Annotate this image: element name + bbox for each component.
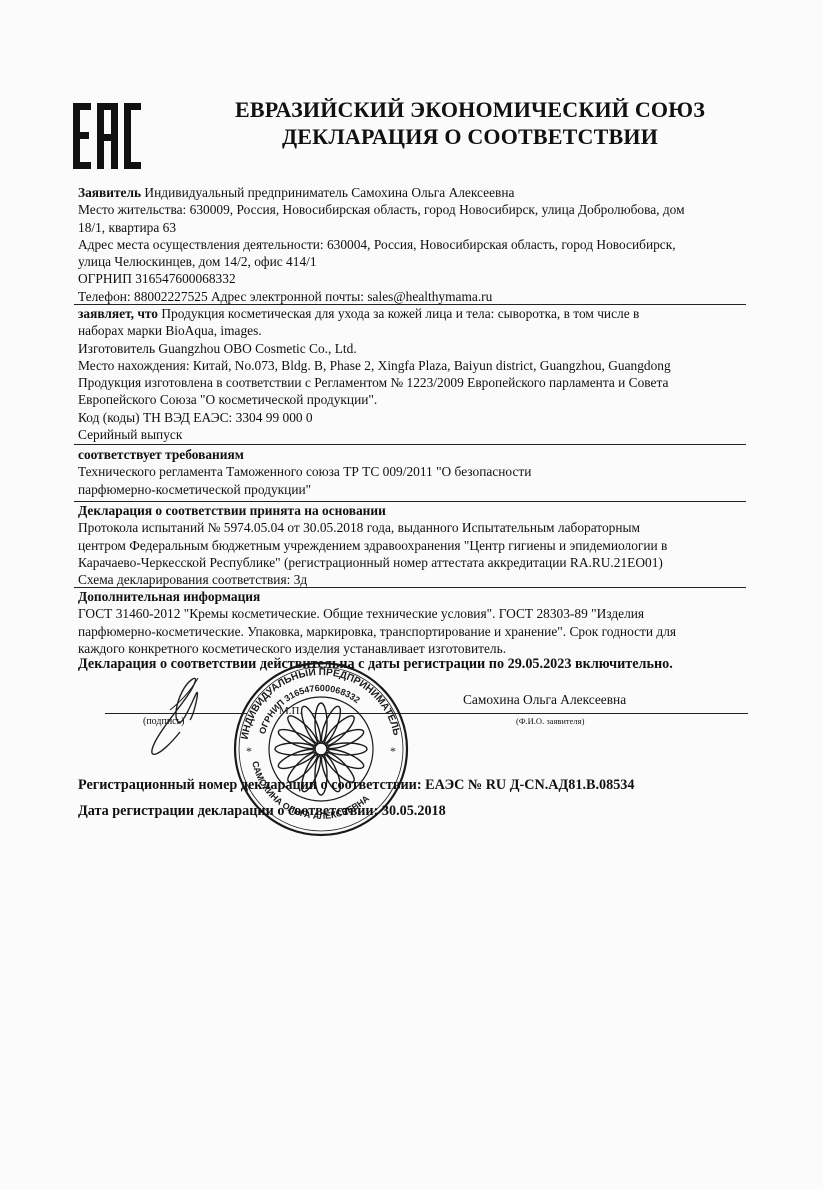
requirements-line-2: парфюмерно-косметической продукции" xyxy=(78,481,748,498)
basis-line-3: Карачаево-Черкесской Республике" (регист… xyxy=(78,554,748,571)
divider xyxy=(74,444,746,445)
applicant-line: Заявитель Индивидуальный предприниматель… xyxy=(78,184,746,201)
declaration-scheme: Схема декларирования соответствия: 3д xyxy=(78,571,748,588)
hs-code: Код (коды) ТН ВЭД ЕАЭС: 3304 99 000 0 xyxy=(78,409,746,426)
additional-line-2: парфюмерно-косметические. Упаковка, марк… xyxy=(78,623,748,640)
applicant-label: Заявитель xyxy=(78,185,141,200)
ogrnip: ОГРНИП 316547600068332 xyxy=(78,270,746,287)
activity-address-line-2: улица Челюскинцев, дом 14/2, офис 414/1 xyxy=(78,253,746,270)
regulation-line-1: Продукция изготовлена в соответствии с Р… xyxy=(78,374,746,391)
union-title: ЕВРАЗИЙСКИЙ ЭКОНОМИЧЕСКИЙ СОЮЗ xyxy=(190,97,750,123)
declares-section: заявляет, что Продукция косметическая дл… xyxy=(78,305,746,443)
manufacturer-location: Место нахождения: Китай, No.073, Bldg. B… xyxy=(78,357,746,374)
registration-number: Регистрационный номер декларации о соотв… xyxy=(78,777,634,794)
applicant-signatory-name: Самохина Ольга Алексеевна xyxy=(463,692,626,708)
contacts: Телефон: 88002227525 Адрес электронной п… xyxy=(78,288,746,305)
handwritten-signature-icon xyxy=(140,672,230,762)
residence-line-1: Место жительства: 630009, Россия, Новоси… xyxy=(78,201,746,218)
basis-line-2: центром Федеральным бюджетным учреждение… xyxy=(78,537,748,554)
regulation-line-2: Европейского Союза "О косметической прод… xyxy=(78,391,746,408)
additional-line-1: ГОСТ 31460-2012 "Кремы косметические. Об… xyxy=(78,605,748,622)
product-text: Продукция косметическая для ухода за кож… xyxy=(158,306,639,321)
applicant-name: Индивидуальный предприниматель Самохина … xyxy=(141,185,514,200)
additional-heading: Дополнительная информация xyxy=(78,588,748,605)
requirements-heading: соответствует требованиям xyxy=(78,446,748,463)
release-type: Серийный выпуск xyxy=(78,426,746,443)
document-title: ДЕКЛАРАЦИЯ О СООТВЕТСТВИИ xyxy=(190,124,750,150)
activity-address-line-1: Адрес места осуществления деятельности: … xyxy=(78,236,746,253)
product-line-2: наборах марки BioAqua, images. xyxy=(78,322,746,339)
additional-line-3: каждого конкретного косметического издел… xyxy=(78,640,748,657)
declares-label: заявляет, что xyxy=(78,306,158,321)
basis-heading: Декларация о соответствии принята на осн… xyxy=(78,502,748,519)
manufacturer: Изготовитель Guangzhou OBO Cosmetic Co.,… xyxy=(78,340,746,357)
basis-section: Декларация о соответствии принята на осн… xyxy=(78,502,748,588)
eac-logo-icon xyxy=(71,101,143,171)
svg-text:*: * xyxy=(246,744,252,758)
additional-section: Дополнительная информация ГОСТ 31460-201… xyxy=(78,588,748,657)
basis-line-1: Протокола испытаний № 5974.05.04 от 30.0… xyxy=(78,519,748,536)
requirements-line-1: Технического регламента Таможенного союз… xyxy=(78,463,748,480)
svg-text:*: * xyxy=(390,744,396,758)
declaration-page: ЕВРАЗИЙСКИЙ ЭКОНОМИЧЕСКИЙ СОЮЗ ДЕКЛАРАЦИ… xyxy=(0,0,823,1189)
applicant-section: Заявитель Индивидуальный предприниматель… xyxy=(78,184,746,305)
product-line-1: заявляет, что Продукция косметическая дл… xyxy=(78,305,746,322)
registration-date: Дата регистрации декларации о соответств… xyxy=(78,803,446,820)
fio-caption: (Ф.И.О. заявителя) xyxy=(516,716,584,726)
requirements-section: соответствует требованиям Технического р… xyxy=(78,446,748,498)
residence-line-2: 18/1, квартира 63 xyxy=(78,219,746,236)
